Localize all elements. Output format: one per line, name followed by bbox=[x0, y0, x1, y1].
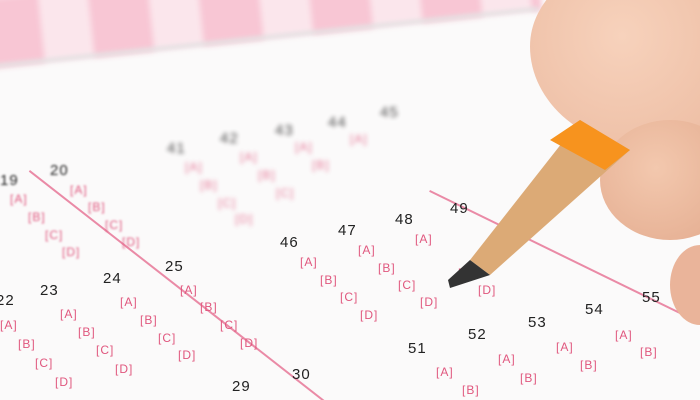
answer-bubble[interactable]: [B] bbox=[28, 210, 46, 224]
question-number: 45 bbox=[380, 104, 399, 121]
question-number: 46 bbox=[280, 234, 299, 251]
answer-bubble[interactable]: [D] bbox=[235, 212, 253, 226]
answer-bubble[interactable]: [C] bbox=[45, 228, 63, 242]
question-number: 23 bbox=[40, 282, 59, 299]
answer-bubble[interactable]: [A] bbox=[0, 318, 18, 332]
answer-bubble[interactable]: [A] bbox=[180, 283, 198, 297]
answer-bubble[interactable]: [D] bbox=[240, 336, 258, 350]
answer-bubble[interactable]: [A] bbox=[556, 340, 574, 354]
answer-bubble[interactable]: [A] bbox=[185, 160, 203, 174]
question-number: 25 bbox=[165, 258, 184, 275]
question-number: 19 bbox=[0, 172, 19, 189]
answer-bubble[interactable]: [B] bbox=[320, 273, 338, 287]
answer-bubble[interactable]: [A] bbox=[358, 243, 376, 257]
answer-bubble[interactable]: [A] bbox=[436, 365, 454, 379]
photo-scene: 41 42 43 44 45 [A] [A] [A] [A] [B] [B] [… bbox=[0, 0, 700, 400]
answer-bubble[interactable]: [C] bbox=[158, 331, 176, 345]
answer-bubble[interactable]: [D] bbox=[122, 235, 140, 249]
question-number: 30 bbox=[292, 366, 311, 383]
answer-bubble[interactable]: [A] bbox=[120, 295, 138, 309]
answer-bubble[interactable]: [B] bbox=[18, 337, 36, 351]
answer-bubble[interactable]: [B] bbox=[640, 345, 658, 359]
answer-bubble[interactable]: [C] bbox=[340, 290, 358, 304]
answer-bubble[interactable]: [D] bbox=[62, 245, 80, 259]
question-number: 53 bbox=[528, 314, 547, 331]
finger bbox=[670, 245, 700, 325]
answer-bubble[interactable]: [D] bbox=[115, 362, 133, 376]
answer-bubble[interactable]: [B] bbox=[520, 371, 538, 385]
answer-bubble[interactable]: [C] bbox=[35, 356, 53, 370]
answer-bubble[interactable]: [B] bbox=[462, 383, 480, 397]
answer-bubble[interactable]: [D] bbox=[55, 375, 73, 389]
answer-bubble[interactable]: [A] bbox=[295, 140, 313, 154]
answer-bubble[interactable]: [D] bbox=[360, 308, 378, 322]
answer-bubble[interactable]: [A] bbox=[10, 192, 28, 206]
answer-bubble[interactable]: [C] bbox=[276, 186, 294, 200]
question-number: 24 bbox=[103, 270, 122, 287]
answer-bubble[interactable]: [C] bbox=[220, 318, 238, 332]
question-number: 47 bbox=[338, 222, 357, 239]
answer-bubble[interactable]: [D] bbox=[178, 348, 196, 362]
answer-bubble[interactable]: [C] bbox=[105, 218, 123, 232]
question-number: 48 bbox=[395, 211, 414, 228]
answer-bubble[interactable]: [A] bbox=[70, 183, 88, 197]
question-number: 43 bbox=[275, 122, 294, 139]
question-number: 20 bbox=[50, 162, 69, 179]
answer-bubble[interactable]: [B] bbox=[78, 325, 96, 339]
answer-bubble[interactable]: [B] bbox=[580, 358, 598, 372]
answer-bubble[interactable]: [D] bbox=[420, 295, 438, 309]
answer-bubble[interactable]: [C] bbox=[218, 196, 236, 210]
answer-bubble[interactable]: [B] bbox=[200, 300, 218, 314]
pencil-icon bbox=[430, 110, 640, 290]
question-number: 22 bbox=[0, 292, 15, 309]
answer-bubble[interactable]: [A] bbox=[615, 328, 633, 342]
answer-bubble[interactable]: [A] bbox=[300, 255, 318, 269]
answer-bubble[interactable]: [B] bbox=[258, 168, 276, 182]
answer-bubble[interactable]: [A] bbox=[60, 307, 78, 321]
answer-bubble[interactable]: [B] bbox=[200, 178, 218, 192]
question-number: 42 bbox=[220, 130, 239, 147]
answer-bubble[interactable]: [C] bbox=[398, 278, 416, 292]
answer-bubble[interactable]: [A] bbox=[240, 150, 258, 164]
answer-bubble[interactable]: [A] bbox=[498, 352, 516, 366]
question-number: 54 bbox=[585, 301, 604, 318]
answer-bubble[interactable]: [C] bbox=[96, 343, 114, 357]
answer-bubble[interactable]: [B] bbox=[312, 158, 330, 172]
question-number: 29 bbox=[232, 378, 251, 395]
answer-bubble[interactable]: [B] bbox=[140, 313, 158, 327]
question-number: 52 bbox=[468, 326, 487, 343]
question-number: 44 bbox=[328, 114, 347, 131]
question-number: 55 bbox=[642, 289, 661, 306]
question-number: 41 bbox=[167, 140, 186, 157]
question-number: 51 bbox=[408, 340, 427, 357]
answer-bubble[interactable]: [B] bbox=[378, 261, 396, 275]
answer-bubble[interactable]: [B] bbox=[88, 200, 106, 214]
answer-bubble[interactable]: [A] bbox=[350, 132, 368, 146]
